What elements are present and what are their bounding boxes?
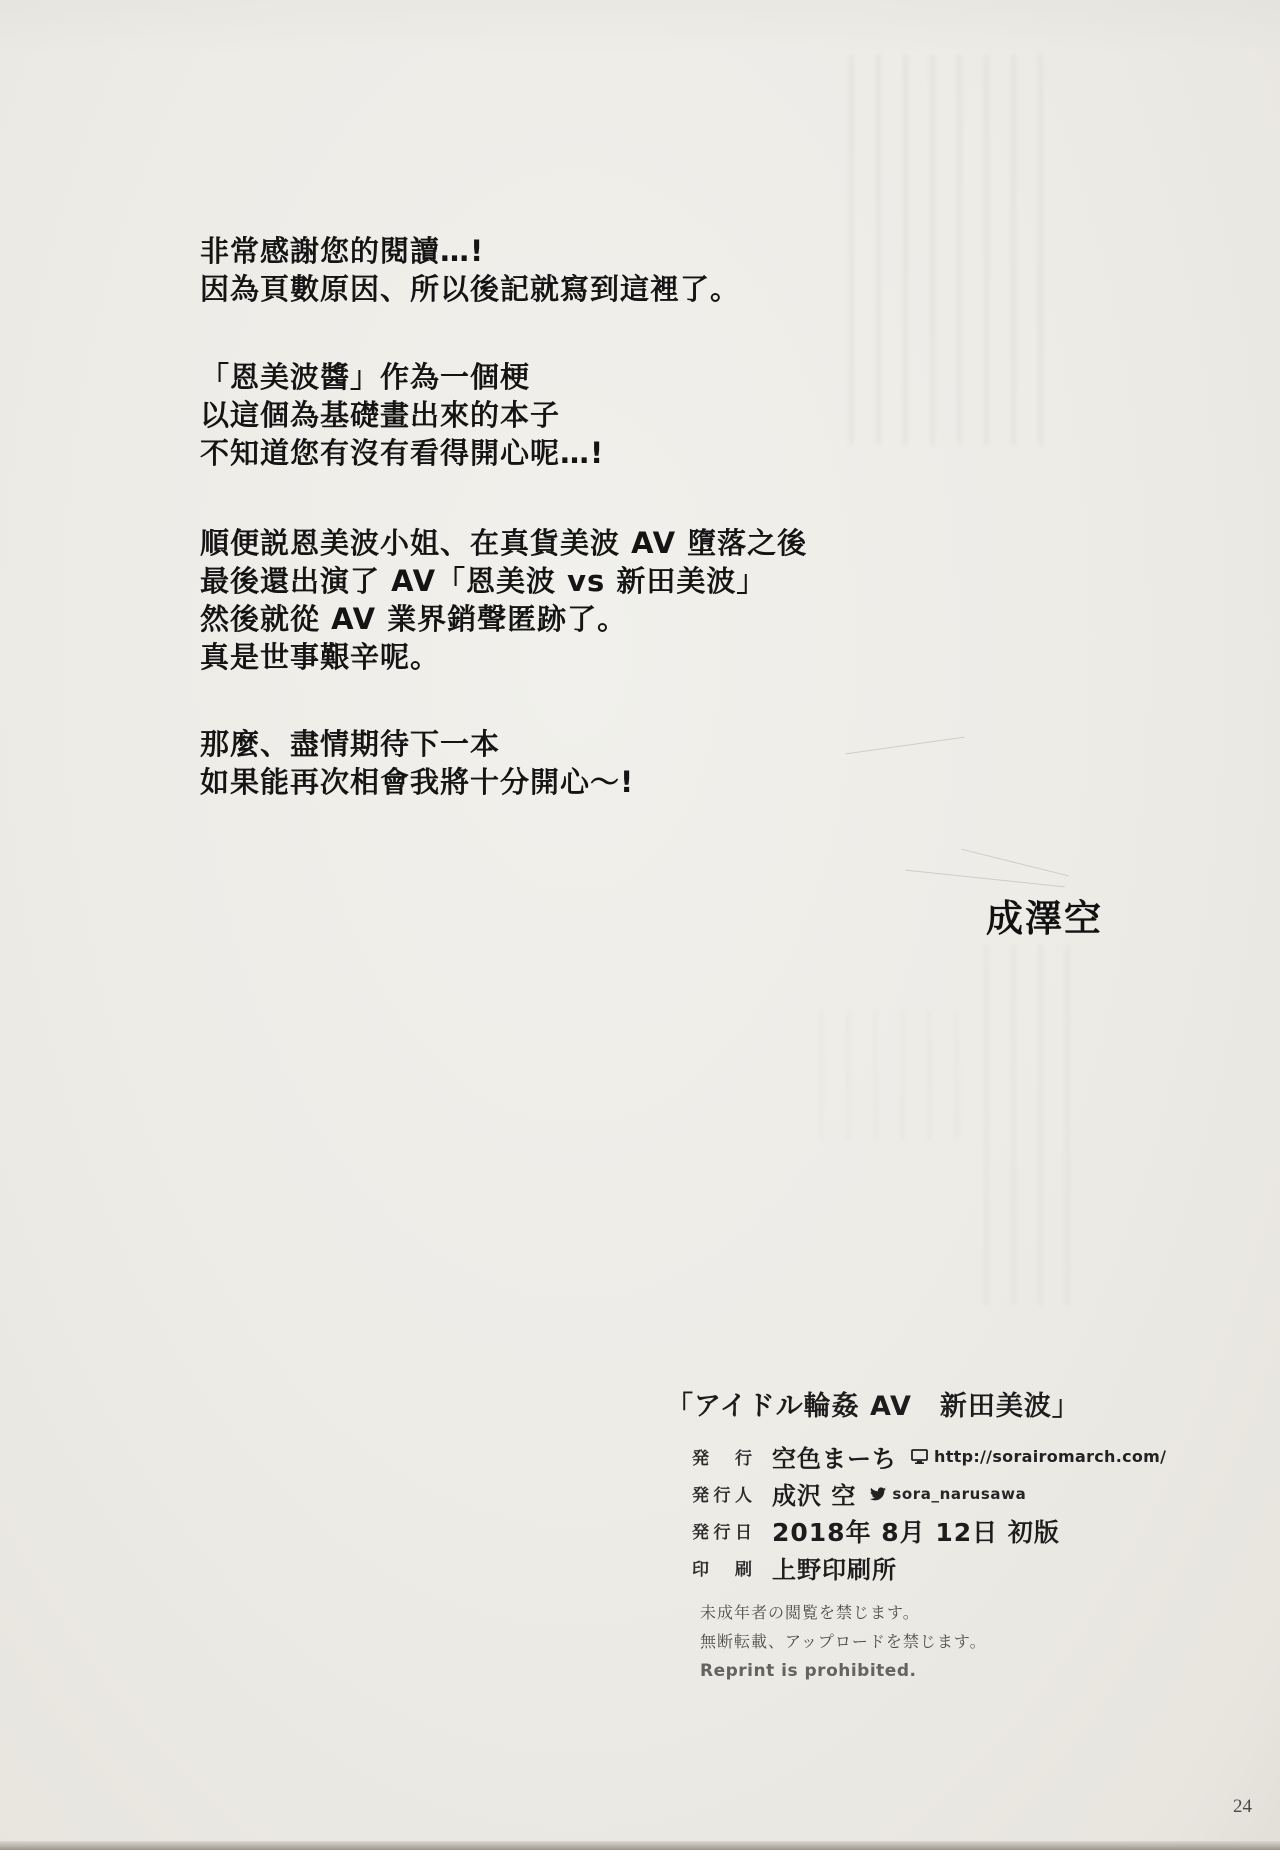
- twitter-handle[interactable]: sora_narusawa: [892, 1485, 1026, 1503]
- paper-crease: [905, 870, 1064, 888]
- author-name: 成沢 空: [772, 1476, 856, 1511]
- printer-name: 上野印刷所: [772, 1550, 897, 1585]
- notice-line-english: Reprint is prohibited.: [700, 1661, 987, 1681]
- scanned-afterword-page: 非常感謝您的閱讀…! 因為頁數原因、所以後記就寫到這裡了。 「恩美波醬」作為一個…: [0, 0, 1280, 1850]
- afterword-paragraph: 「恩美波醬」作為一個梗 以這個為基礎畫出來的本子 不知道您有沒有看得開心呢…!: [200, 358, 604, 472]
- page-number: 24: [1233, 1796, 1252, 1818]
- afterword-paragraph: 那麼、盡情期待下一本 如果能再次相會我將十分開心～!: [200, 725, 634, 801]
- bleed-through-ghost: [985, 945, 1075, 1305]
- colophon-row-author: 発行人 成沢 空 sora_narusawa: [692, 1475, 1166, 1512]
- afterword-line: 不知道您有沒有看得開心呢…!: [200, 436, 604, 470]
- afterword-line: 然後就從 AV 業界銷聲匿跡了。: [200, 602, 627, 636]
- legal-notices: 未成年者の閲覧を禁じます。 無断転載、アップロードを禁じます。 Reprint …: [700, 1600, 987, 1687]
- twitter-icon: [870, 1487, 886, 1501]
- afterword-line: 「恩美波醬」作為一個梗: [200, 360, 530, 394]
- afterword-line: 最後還出演了 AV「恩美波 vs 新田美波」: [200, 564, 766, 598]
- scan-bottom-edge: [0, 1841, 1280, 1850]
- afterword-line: 那麼、盡情期待下一本: [200, 727, 500, 761]
- paper-crease: [846, 737, 965, 755]
- publisher-name: 空色まーち: [772, 1439, 897, 1474]
- paper-crease: [962, 849, 1069, 877]
- colophon-label: 発行人: [692, 1481, 752, 1506]
- colophon-row-date: 発行日 2018年 8月 12日 初版: [692, 1512, 1166, 1549]
- notice-line: 未成年者の閲覧を禁じます。: [700, 1600, 987, 1623]
- colophon: 発行 空色まーち http://sorairomarch.com/ 発行人 成沢…: [692, 1438, 1166, 1586]
- afterword-paragraph: 非常感謝您的閱讀…! 因為頁數原因、所以後記就寫到這裡了。: [200, 232, 740, 308]
- afterword-paragraph: 順便説恩美波小姐、在真貨美波 AV 墮落之後 最後還出演了 AV「恩美波 vs …: [200, 524, 807, 676]
- colophon-label: 発行日: [692, 1518, 752, 1543]
- colophon-label: 発行: [692, 1444, 752, 1469]
- afterword-line: 真是世事艱辛呢。: [200, 640, 440, 674]
- afterword-line: 順便説恩美波小姐、在真貨美波 AV 墮落之後: [200, 526, 807, 560]
- bleed-through-ghost: [850, 55, 1065, 445]
- bleed-through-ghost: [820, 1010, 970, 1140]
- publisher-url[interactable]: http://sorairomarch.com/: [934, 1447, 1166, 1466]
- colophon-book-title: 「アイドル輪姦 AV 新田美波」: [666, 1384, 1080, 1423]
- afterword-line: 因為頁數原因、所以後記就寫到這裡了。: [200, 272, 740, 306]
- monitor-icon: [911, 1449, 928, 1464]
- afterword-line: 如果能再次相會我將十分開心～!: [200, 765, 634, 799]
- colophon-label: 印刷: [692, 1555, 752, 1580]
- colophon-row-printer: 印刷 上野印刷所: [692, 1549, 1166, 1586]
- author-signature: 成澤空: [986, 888, 1103, 942]
- afterword-line: 非常感謝您的閱讀…!: [200, 234, 484, 268]
- notice-line: 無断転載、アップロードを禁じます。: [700, 1629, 987, 1652]
- publication-date: 2018年 8月 12日 初版: [772, 1513, 1060, 1549]
- afterword-line: 以這個為基礎畫出來的本子: [200, 398, 560, 432]
- colophon-row-publisher: 発行 空色まーち http://sorairomarch.com/: [692, 1438, 1166, 1475]
